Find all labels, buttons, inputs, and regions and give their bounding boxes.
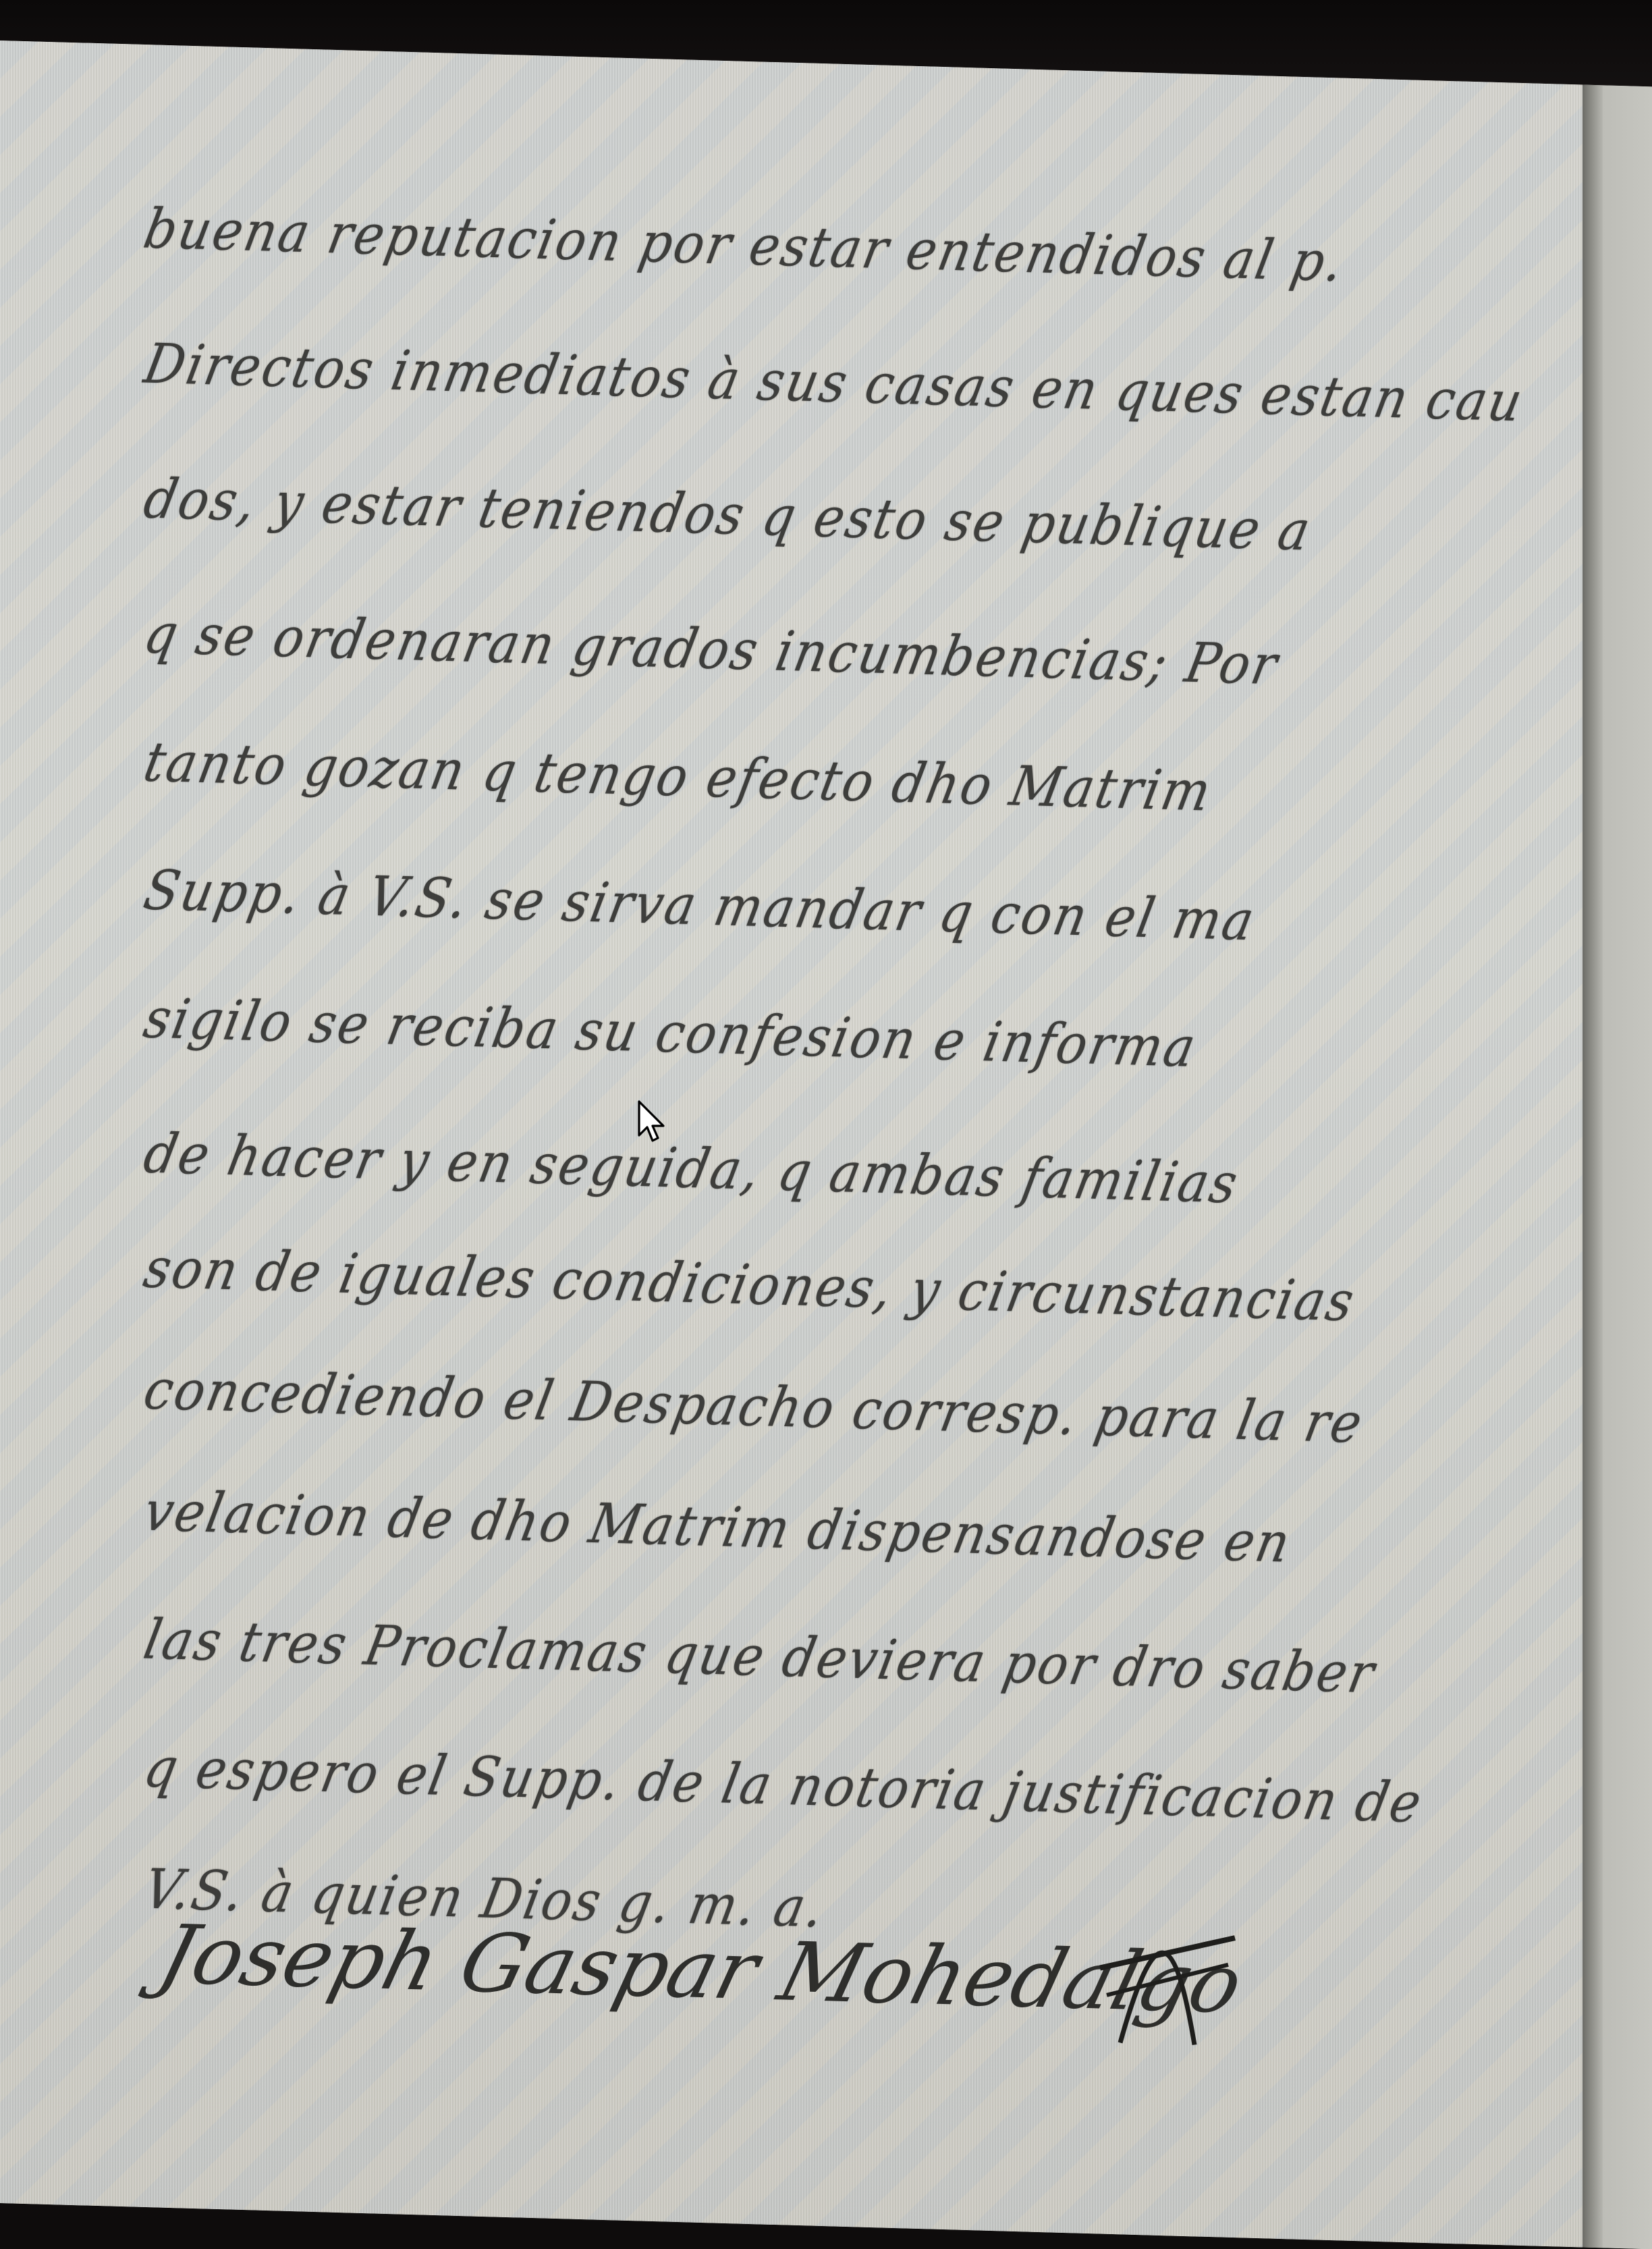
manuscript-line-12: las tres Proclamas que deviera por dro s…	[139, 1608, 1575, 1711]
manuscript-line-1: buena reputacion por estar entendidos al…	[139, 197, 1575, 300]
manuscript-line-8: de hacer y en seguida, q ambas familias	[139, 1122, 1575, 1225]
page-edge-divider	[1582, 85, 1603, 2203]
manuscript-line-9: son de iguales condiciones, y circunstan…	[139, 1237, 1575, 1340]
mouse-pointer-icon	[638, 1100, 667, 1145]
adjacent-page-margin	[1603, 85, 1652, 2203]
manuscript-line-2: Directos inmediatos à sus casas en ques …	[139, 332, 1575, 435]
manuscript-line-13: q espero el Supp. de la notoria justific…	[139, 1736, 1575, 1839]
manuscript-line-10: concediendo el Despacho corresp. para la…	[139, 1358, 1575, 1461]
manuscript-line-11: velacion de dho Matrim dispensandose en	[139, 1480, 1575, 1583]
manuscript-line-3: dos, y estar teniendos q esto se publiqu…	[139, 467, 1575, 570]
screen: buena reputacion por estar entendidos al…	[0, 40, 1652, 2203]
manuscript-line-5: tanto gozan q tengo efecto dho Matrim	[139, 730, 1575, 834]
manuscript-line-6: Supp. à V.S. se sirva mandar q con el ma	[139, 859, 1575, 962]
manuscript-line-4: q se ordenaran grados incumbencias; Por	[139, 602, 1575, 705]
manuscript-line-7: sigilo se reciba su confesion e informa	[139, 987, 1575, 1090]
manuscript-page: buena reputacion por estar entendidos al…	[0, 40, 1582, 2203]
rubric-flourish-icon	[1093, 1907, 1242, 2059]
